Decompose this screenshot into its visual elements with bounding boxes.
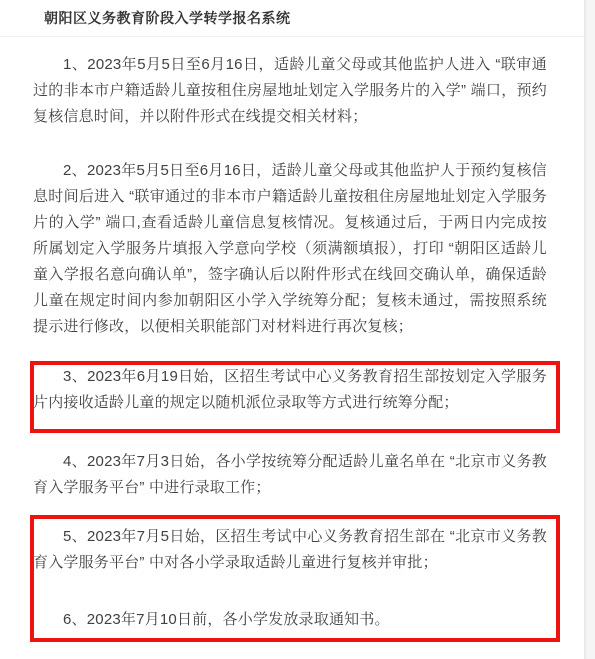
page-title: 朝阳区义务教育阶段入学转学报名系统: [44, 10, 291, 26]
header-bar: 朝阳区义务教育阶段入学转学报名系统: [0, 0, 595, 37]
page: 朝阳区义务教育阶段入学转学报名系统 1、2023年5月5日至6月16日，适龄儿童…: [0, 0, 595, 659]
paragraph-3: 3、2023年6月19日始，区招生考试中心义务教育招生部按划定入学服务片内接收适…: [33, 364, 547, 416]
paragraph-1: 1、2023年5月5日至6月16日，适龄儿童父母或其他监护人进入 “联审通过的非…: [33, 52, 547, 130]
paragraph-5: 5、2023年7月5日始，区招生考试中心义务教育招生部在 “北京市义务教育入学服…: [33, 524, 547, 576]
page-right-gutter: [584, 0, 595, 659]
paragraph-2: 2、2023年5月5日至6月16日，适龄儿童父母或其他监护人于预约复核信息时间后…: [33, 158, 547, 340]
document-body: 1、2023年5月5日至6月16日，适龄儿童父母或其他监护人进入 “联审通过的非…: [0, 37, 595, 633]
paragraph-6: 6、2023年7月10日前，各小学发放录取通知书。: [33, 607, 547, 633]
paragraph-4: 4、2023年7月3日始，各小学按统筹分配适龄儿童名单在 “北京市义务教育入学服…: [33, 449, 547, 501]
